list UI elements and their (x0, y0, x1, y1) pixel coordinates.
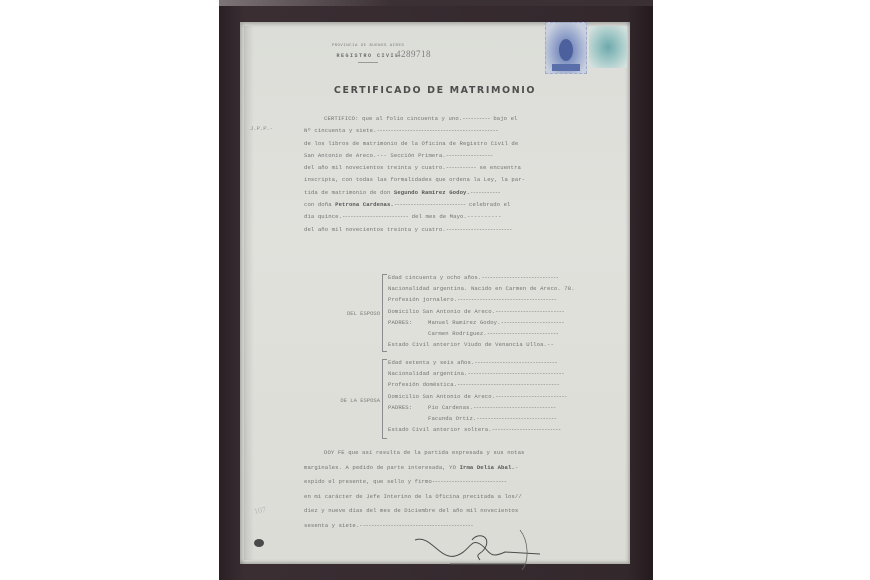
fill-dashes: --------------------------- (432, 478, 506, 485)
document-title: CERTIFICADO DE MATRIMONIO (240, 85, 630, 96)
line-text: en mi carácter de Jefe Interino de la Of… (304, 493, 522, 500)
text-line: Edad setenta y seis años.---------------… (388, 357, 620, 368)
fill-dashes: -------------------------- (394, 201, 466, 208)
text-line: diez y nueve días del mes de Diciembre d… (304, 504, 622, 519)
line-text: expido el presente, que sello y firmo (304, 478, 432, 485)
fill-dashes: ------------------------------------- (457, 381, 559, 388)
fill-dashes: ------------------------- (495, 308, 564, 315)
text-line: Domicilio San Antonio de Areco.---------… (388, 391, 620, 402)
text-line: tida de matrimonio de don Segundo Ramíre… (304, 187, 619, 199)
text-line: San Antonio de Areco.--- Sección Primera… (304, 150, 619, 162)
line-text: de los libros de matrimonio de la Oficin… (304, 140, 518, 147)
registry-divider (358, 62, 378, 63)
text-line: con doña Petrona Cardenas.--------------… (304, 199, 619, 211)
line-text: Pio Cardenas. (428, 404, 473, 411)
fill-dashes: ---------------------------------------- (363, 522, 473, 529)
stamp-value-bar (552, 64, 580, 71)
groom-details: Edad cincuenta y ocho años.-------------… (388, 272, 620, 350)
fill-dashes: ----------- (446, 164, 476, 171)
line-text: Edad cincuenta y ocho años. (388, 274, 481, 281)
line-text: Carmen Rodríguez. (428, 330, 487, 337)
line-text: Domicilio San Antonio de Areco. (388, 308, 495, 315)
line-tail: del mes de Mayo.---------- (408, 213, 501, 220)
fill-dashes: ----------- (470, 189, 500, 196)
fill-dashes: ------------------------ (446, 226, 512, 233)
certification-closing: DOY FE que así resulta de la partida exp… (304, 446, 622, 533)
fiscal-stamp-blue-icon (545, 22, 587, 74)
line-tail: celebrado el (466, 201, 511, 208)
frame-nail-icon (254, 539, 264, 547)
fill-dashes: ------------------------------------ (457, 296, 556, 303)
text-line: Profesión doméstica.--------------------… (388, 379, 620, 390)
line-text: Edad setenta y seis años. (388, 359, 474, 366)
text-line: Nacionalidad argentina. Nacido en Carmen… (388, 283, 620, 294)
text-line: en mi carácter de Jefe Interino de la Of… (304, 490, 622, 505)
text-line: Domicilio San Antonio de Areco.---------… (388, 306, 620, 317)
text-line: Estado Civil anterior soltera.----------… (388, 424, 620, 435)
line-text: tida de matrimonio de don (304, 189, 394, 196)
line-text: CERTIFICO: que al folio cincuenta y uno. (324, 115, 462, 122)
fill-dashes: ----------------------------- (476, 415, 556, 422)
line-text: Estado Civil anterior Viudo de Venancia … (388, 341, 554, 348)
parents-label: PADRES: (388, 402, 428, 413)
fill-dashes: -------------------------- (487, 330, 559, 337)
line-tail: se encuentra (476, 164, 521, 171)
fill-dashes: ------------------------ (342, 213, 408, 220)
fill-dashes: ----------------- (446, 152, 493, 159)
certificate-paper: PROVINCIA DE BUENOS AIRES REGISTRO CIVIL… (240, 22, 630, 564)
line-text: Manuel Ramírez Godoy. (428, 319, 501, 326)
line-text: Domicilio San Antonio de Areco. (388, 393, 495, 400)
line-text: sesenta y siete.- (304, 522, 363, 529)
line-tail: - (515, 464, 518, 471)
line-text: Nacionalidad argentina. (388, 370, 468, 377)
line-text: con doña (304, 201, 335, 208)
text-line: Carmen Rodríguez.-----------------------… (388, 328, 620, 339)
bride-brace (382, 359, 387, 439)
line-text: Nacionalidad argentina. Nacido en Carmen… (388, 285, 575, 292)
text-line: Estado Civil anterior Viudo de Venancia … (388, 339, 620, 350)
text-line: del año mil novecientos treinta y cuatro… (304, 224, 619, 236)
line-text: San Antonio de Areco.--- Sección Primera… (304, 152, 446, 159)
province-heading: PROVINCIA DE BUENOS AIRES (318, 44, 418, 48)
fiscal-stamp-teal-icon (589, 26, 627, 68)
text-line: Nº cincuenta y siete.-------------------… (304, 125, 619, 137)
parents-label: PADRES: (388, 317, 428, 328)
line-text: Nº cincuenta y siete. (304, 127, 377, 134)
line-text: inscripta, con todas las formalidades qu… (304, 176, 525, 183)
text-line: CERTIFICO: que al folio cincuenta y uno.… (304, 113, 619, 125)
line-text: DOY FE que así resulta de la partida exp… (324, 449, 525, 456)
groom-brace (382, 274, 387, 352)
line-text: del año mil novecientos treinta y cuatro… (304, 226, 446, 233)
certificate-number: 4289718 (396, 49, 431, 59)
certificate-body: CERTIFICO: que al folio cincuenta y uno.… (304, 113, 619, 236)
fill-dashes: ------------------------------ (473, 404, 556, 411)
fill-dashes: ---------- (462, 115, 490, 122)
text-line: de los libros de matrimonio de la Oficin… (304, 138, 619, 150)
line-text: Profesión jornalero. (388, 296, 457, 303)
groom-label: DEL ESPOSO (324, 310, 380, 317)
line-text: Profesión doméstica. (388, 381, 457, 388)
line-text: marginales. A pedido de parte interesada… (304, 464, 460, 471)
text-line: Edad cincuenta y ocho años.-------------… (388, 272, 620, 283)
line-text: del año mil novecientos treinta y cuatro… (304, 164, 446, 171)
stamp-emblem-icon (559, 39, 573, 61)
line-text: diez y nueve días del mes de Diciembre d… (304, 507, 518, 514)
text-line: día quince.------------------------ del … (304, 211, 619, 223)
line-tail: bajo el (490, 115, 518, 122)
text-line: Nacionalidad argentina.-----------------… (388, 368, 620, 379)
text-line: PADRES:Pio Cardenas.--------------------… (388, 402, 620, 413)
text-line: del año mil novecientos treinta y cuatro… (304, 162, 619, 174)
line-text: día quince. (304, 213, 342, 220)
fill-dashes: ------------------------- (492, 426, 561, 433)
text-line: Facunda Ortiz.--------------------------… (388, 413, 620, 424)
text-line: Profesión jornalero.--------------------… (388, 294, 620, 305)
margin-initials: J.P.P.- (250, 125, 273, 132)
text-line: DOY FE que así resulta de la partida exp… (304, 446, 622, 461)
name-text: Segundo Ramírez Godoy. (394, 189, 470, 196)
text-line: inscripta, con todas las formalidades qu… (304, 174, 619, 186)
text-line: PADRES:Manuel Ramírez Godoy.------------… (388, 317, 620, 328)
line-text: Facunda Ortiz. (428, 415, 476, 422)
name-text: Petrona Cardenas. (335, 201, 394, 208)
fill-dashes: ----------------------------------- (468, 370, 565, 377)
fill-dashes: ---------------------------- (481, 274, 558, 281)
bride-label: DE LA ESPOSA (324, 397, 380, 404)
fill-dashes: ----------------------------------------… (377, 127, 498, 134)
pencil-annotation: 107 (253, 505, 266, 516)
text-line: marginales. A pedido de parte interesada… (304, 461, 622, 476)
fill-dashes: -------------------------- (495, 393, 567, 400)
bride-details: Edad setenta y seis años.---------------… (388, 357, 620, 435)
line-text: Estado Civil anterior soltera. (388, 426, 492, 433)
text-line: expido el presente, que sello y firmo---… (304, 475, 622, 490)
signature-icon (410, 530, 550, 570)
name-text: Irma Delia Abal. (460, 464, 515, 471)
fill-dashes: ------------------------------ (474, 359, 557, 366)
fill-dashes: ----------------------- (501, 319, 564, 326)
